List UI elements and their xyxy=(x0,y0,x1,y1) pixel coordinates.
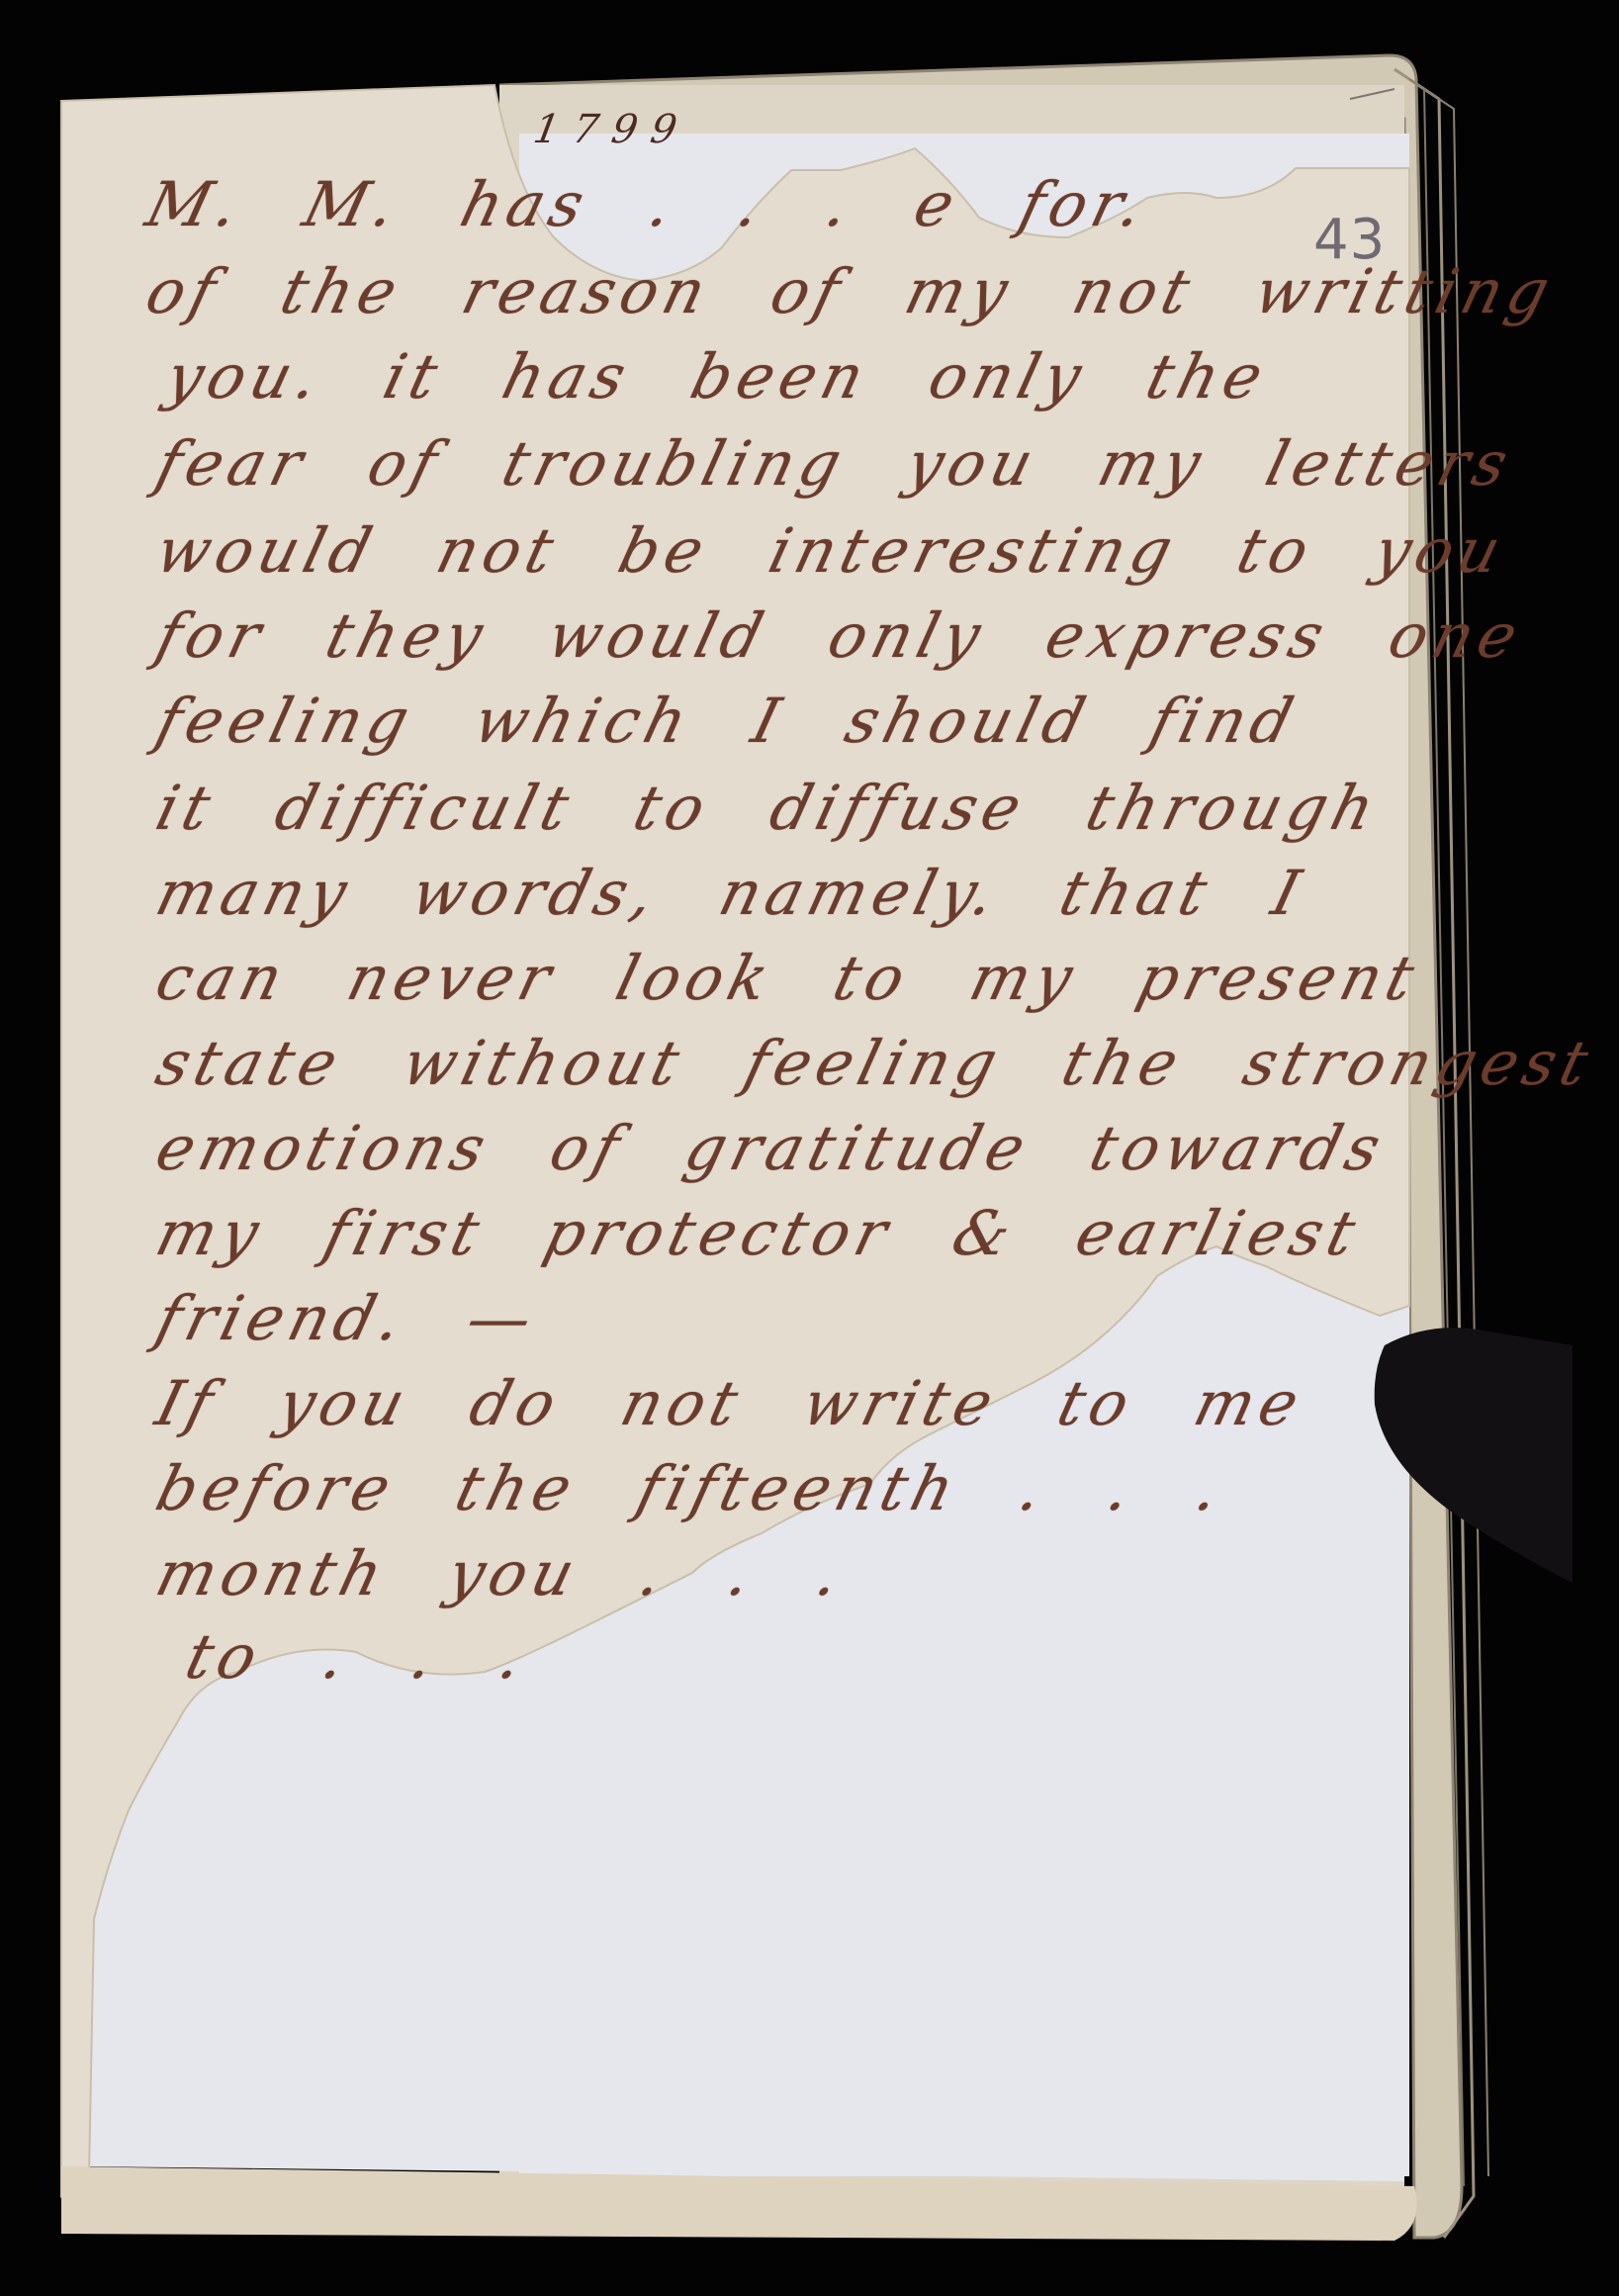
letter-line: my first protector & earliest xyxy=(149,1197,1368,1269)
letter-line: emotions of gratitude towards xyxy=(149,1112,1394,1184)
letter-line: to . . . xyxy=(179,1620,536,1693)
letter-line: would not be interesting to you xyxy=(149,514,1514,587)
letter-line: month you . . . xyxy=(149,1537,853,1609)
letter-line: friend. — xyxy=(149,1282,545,1354)
letter-line: M. M. has . . . e for. xyxy=(139,168,1156,240)
letter-line: feeling which I should find xyxy=(149,685,1306,757)
letter-line: fear of troubling you my letters xyxy=(149,427,1521,500)
letter-line: it difficult to diffuse through xyxy=(149,772,1388,844)
letter-line: before the fifteenth . . . xyxy=(149,1452,1232,1524)
letter-line: If you do not write to me xyxy=(149,1367,1311,1439)
letter-line: you. it has been only the xyxy=(159,340,1276,413)
header-fragment: 1799 xyxy=(530,107,694,152)
letter-line: many words, namely. that I xyxy=(149,857,1313,929)
letter-line: can never look to my present xyxy=(149,942,1427,1014)
notebook-scan: 1799 43 M. M. has . . . e for. of the re… xyxy=(0,0,1619,2296)
letter-line: state without feeling the strongest xyxy=(149,1027,1601,1099)
letter-line: for they would only express one xyxy=(149,599,1530,672)
letter-line: of the reason of my not writting xyxy=(139,255,1563,327)
